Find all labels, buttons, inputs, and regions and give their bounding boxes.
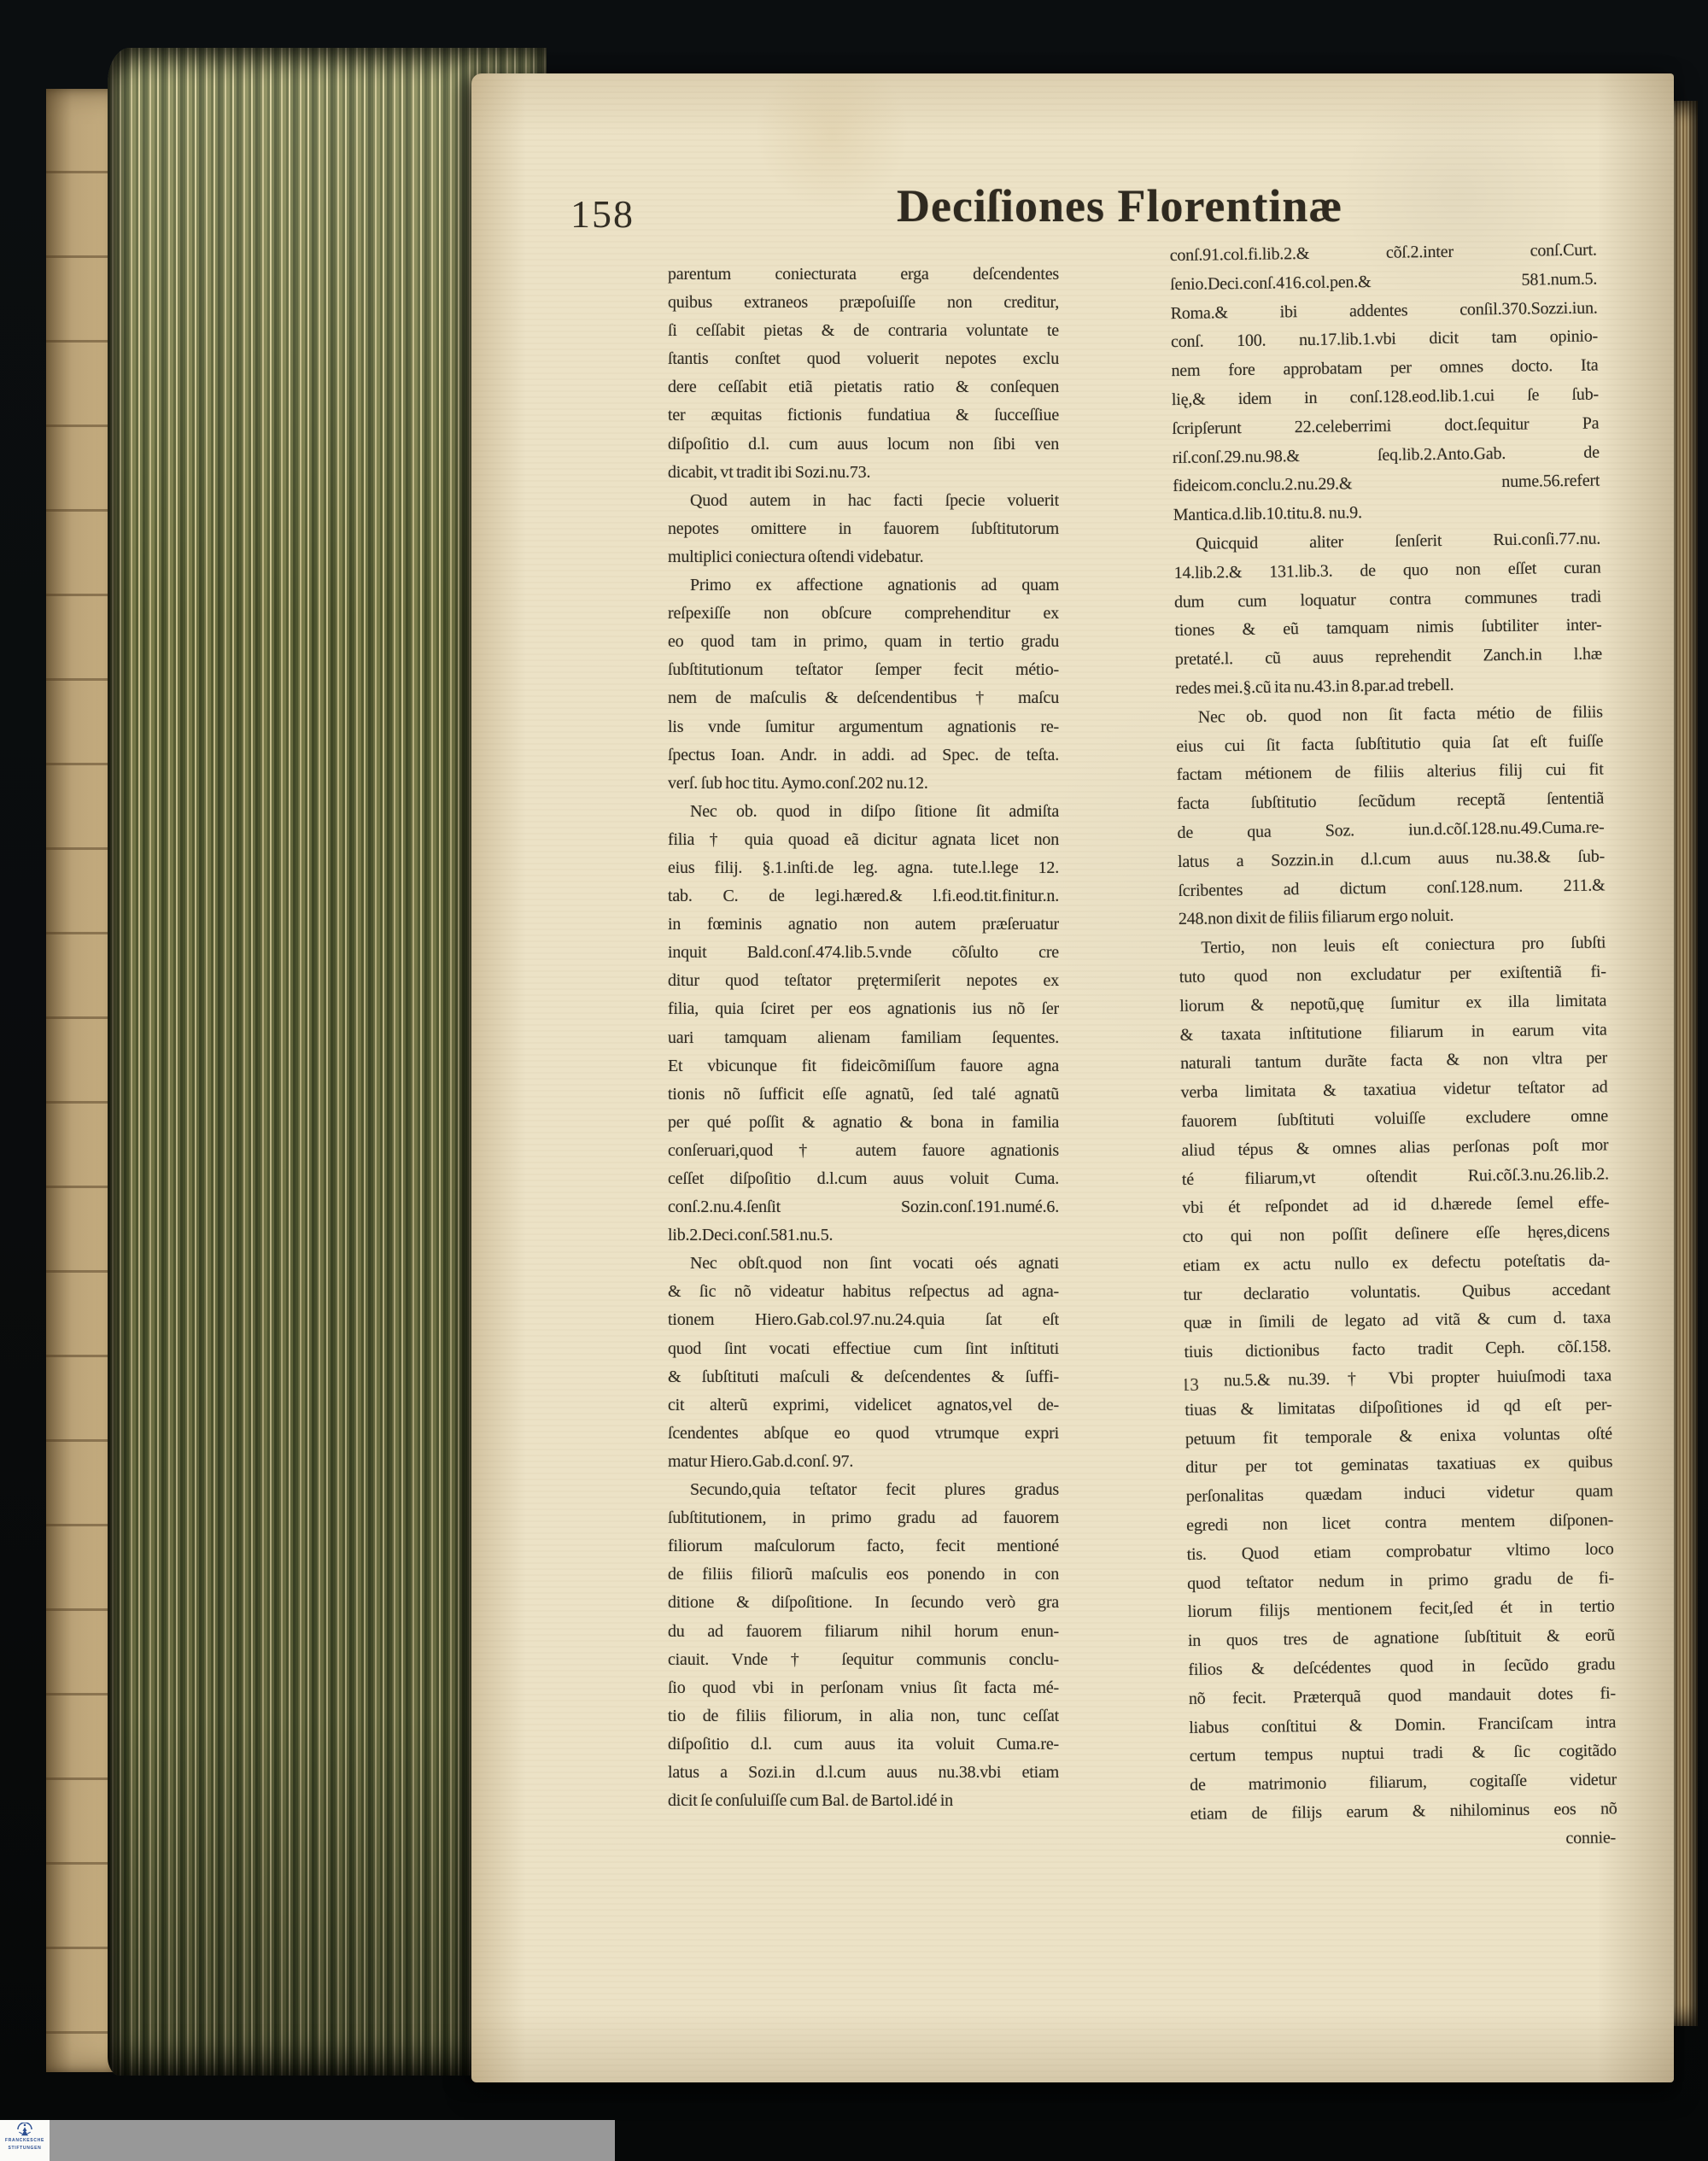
text-line: ter æquitas fictionis fundatiua & ſucceſ…	[668, 406, 1059, 434]
text-line: Et vbicunque fit fideicõmiſſum fauore ag…	[668, 1057, 1059, 1085]
text-line: Primo ex affectione agnationis ad quam	[668, 576, 1059, 604]
line-text: diſpoſitio d.l. cum auus locum non ſibi …	[668, 435, 1059, 454]
text-line: conſ.2.nu.4.ſenſit Sozin.conſ.191.numé.6…	[668, 1198, 1059, 1226]
line-text: quibus extraneos præpoſuiſſe non creditu…	[668, 293, 1059, 313]
line-text: Primo ex affectione agnationis ad quam	[668, 576, 1059, 595]
page-edge-right-sliver	[1670, 101, 1698, 2026]
text-line: latus a Sozi.in d.l.cum auus nu.38.vbi e…	[668, 1763, 1059, 1791]
text-line: diſpoſitio d.l. cum auus locum non ſibi …	[668, 435, 1059, 463]
line-text: tionem Hiero.Gab.col.97.nu.24.quia ſat e…	[668, 1310, 1059, 1330]
text-line: ceſſet diſpoſitio d.l.cum auus voluit Cu…	[668, 1169, 1059, 1198]
line-text: filia, quia ſciret per eos agnationis iu…	[668, 999, 1059, 1019]
line-text: dere ceſſabit etiã pietatis ratio & conſ…	[668, 378, 1059, 397]
line-text: ſcendentes abſque eo quod vtrumque expri	[668, 1424, 1059, 1444]
line-text: quod ſint vocati effectiue cum ſint inſt…	[668, 1339, 1059, 1359]
line-text: reſpexiſſe non obſcure comprehenditur ex	[668, 604, 1059, 624]
line-text: ciauit. Vnde † ſequitur communis conclu-	[668, 1650, 1059, 1670]
line-text: tio de filiis filiorum, in alia non, tun…	[668, 1707, 1059, 1726]
line-text: Nec ob. quod in diſpo ſitione ſit admiſt…	[668, 802, 1059, 822]
line-text: filiorum maſculorum facto, fecit mention…	[668, 1537, 1059, 1556]
stamp-text-line2: STIFTUNGEN	[9, 2145, 42, 2152]
line-text: du ad fauorem filiarum nihil horum enun-	[668, 1622, 1059, 1642]
line-text: ſio quod vbi in perſonam vnius ſit facta…	[668, 1678, 1059, 1698]
text-line: 12 ciauit. Vnde † ſequitur communis conc…	[668, 1650, 1059, 1678]
line-text: eo quod tam in primo, quam in tertio gra…	[668, 632, 1059, 652]
text-line: Secundo,quia teſtator fecit plures gradu…	[668, 1480, 1059, 1508]
line-text: parentum coniecturata erga deſcendentes	[668, 265, 1059, 284]
line-text: verſ. ſub hoc titu. Aymo.conſ.202 nu.12.	[668, 774, 1059, 794]
line-text: Nec obſt.quod non ſint vocati oés agnati	[668, 1254, 1059, 1274]
line-text: & ſubſtituti maſculi & deſcendentes & ſu…	[668, 1367, 1059, 1387]
text-line: multiplici coniectura oſtendi videbatur.	[668, 548, 1059, 576]
text-line: eo quod tam in primo, quam in tertio gra…	[668, 632, 1059, 660]
text-line: ditione & diſpoſitione. In ſecundo verò …	[668, 1593, 1059, 1621]
scan-gray-bar	[50, 2120, 615, 2161]
text-line: inquit Bald.conſ.474.lib.5.vnde cõſulto …	[668, 943, 1059, 971]
text-line: ſubſtitutionem, in primo gradu ad fauore…	[668, 1508, 1059, 1537]
line-text: conſeruari,quod † autem fauore agnationi…	[668, 1141, 1059, 1161]
library-stamp: FRANCKESCHE STIFTUNGEN	[0, 2120, 50, 2161]
line-text: inquit Bald.conſ.474.lib.5.vnde cõſulto …	[668, 943, 1059, 963]
line-text: ditione & diſpoſitione. In ſecundo verò …	[668, 1593, 1059, 1613]
text-line: tab. C. de legi.hæred.& l.fi.eod.tit.fin…	[668, 887, 1059, 915]
line-text: ceſſet diſpoſitio d.l.cum auus voluit Cu…	[668, 1169, 1059, 1189]
text-line: ſpectus Ioan. Andr. in addi. ad Spec. de…	[668, 746, 1059, 774]
line-text: ſtantis conſtet quod voluerit nepotes ex…	[668, 349, 1059, 369]
line-text: ter æquitas fictionis fundatiua & ſucceſ…	[668, 406, 1059, 425]
text-line: in fœminis agnatio non autem præſeruatur	[668, 915, 1059, 943]
text-line: dicit ſe conſuluiſſe cum Bal. de Bartol.…	[668, 1791, 1059, 1819]
text-line: dicabit, vt tradit ibi Sozi.nu.73.	[668, 463, 1059, 491]
text-line: lib.2.Deci.conſ.581.nu.5.	[668, 1226, 1059, 1254]
text-line: eius filij. §.1.inſti.de leg. agna. tute…	[668, 858, 1059, 887]
text-line: ſio quod vbi in perſonam vnius ſit facta…	[668, 1678, 1059, 1707]
text-line: & ſic nõ videatur habitus reſpectus ad a…	[668, 1282, 1059, 1310]
line-text: ditur quod teſtator prętermiſerit nepote…	[668, 971, 1059, 991]
scanned-book-photo: 158 Deciſiones Florentinæ parentum conie…	[0, 0, 1708, 2161]
line-text: in fœminis agnatio non autem præſeruatur	[668, 915, 1059, 934]
line-text: tab. C. de legi.hæred.& l.fi.eod.tit.fin…	[668, 887, 1059, 906]
text-line: ditur quod teſtator prętermiſerit nepote…	[668, 971, 1059, 999]
line-text: dicit ſe conſuluiſſe cum Bal. de Bartol.…	[668, 1791, 1059, 1811]
left-text-column: parentum coniecturata erga deſcendentes …	[668, 265, 1059, 1819]
text-line: connie-	[1190, 1828, 1617, 1862]
line-text: conſ.2.nu.4.ſenſit Sozin.conſ.191.numé.6…	[668, 1198, 1059, 1217]
text-line: ſcendentes abſque eo quod vtrumque expri	[668, 1424, 1059, 1452]
text-line: cit alterũ exprimi, videlicet agnatos,ve…	[668, 1396, 1059, 1424]
text-line: dere ceſſabit etiã pietatis ratio & conſ…	[668, 378, 1059, 406]
line-text: lis vnde ſumitur argumentum agnationis r…	[668, 717, 1059, 737]
text-line: lis vnde ſumitur argumentum agnationis r…	[668, 717, 1059, 746]
line-text: lib.2.Deci.conſ.581.nu.5.	[668, 1226, 1059, 1245]
text-line: verſ. ſub hoc titu. Aymo.conſ.202 nu.12.	[668, 774, 1059, 802]
line-text: matur Hiero.Gab.d.conſ. 97.	[668, 1452, 1059, 1472]
line-text: conſ.91.col.fi.lib.2.& cõſ.2.inter conſ.…	[1170, 241, 1597, 266]
text-line: Nec ob. quod in diſpo ſitione ſit admiſt…	[668, 802, 1059, 830]
margin-paragraph-number: 13	[1184, 1374, 1215, 1397]
line-text: diſpoſitio d.l. cum auus ita voluit Cuma…	[668, 1735, 1059, 1754]
text-line: tio de filiis filiorum, in alia non, tun…	[668, 1707, 1059, 1735]
right-text-column: conſ.91.col.fi.lib.2.& cõſ.2.inter conſ.…	[1170, 241, 1618, 1863]
text-line: tionis nõ ſufficit eſſe agnatũ, ſed talé…	[668, 1085, 1059, 1113]
running-header-title: Deciſiones Florentinæ	[897, 179, 1342, 232]
text-line: & ſubſtituti maſculi & deſcendentes & ſu…	[668, 1367, 1059, 1396]
line-text: de filiis filiorũ maſculis eos ponendo i…	[668, 1565, 1059, 1584]
line-text: uari tamquam alienam familiam ſequentes.	[668, 1028, 1059, 1048]
text-line: ſtantis conſtet quod voluerit nepotes ex…	[668, 349, 1059, 378]
line-text: nem de maſculis & deſcendentibus † maſcu	[668, 688, 1059, 708]
text-line: parentum coniecturata erga deſcendentes	[668, 265, 1059, 293]
stamp-text-line1: FRANCKESCHE	[5, 2137, 44, 2145]
text-line: Nec obſt.quod non ſint vocati oés agnati	[668, 1254, 1059, 1282]
page-number: 158	[570, 191, 635, 237]
line-text: filia † quia quoad eã dicitur agnata lic…	[668, 830, 1059, 850]
line-text: multiplici coniectura oſtendi videbatur.	[668, 548, 1059, 567]
text-line: filiorum maſculorum facto, fecit mention…	[668, 1537, 1059, 1565]
text-line: reſpexiſſe non obſcure comprehenditur ex	[668, 604, 1059, 632]
text-line: 9 nem de maſculis & deſcendentibus † maſ…	[668, 688, 1059, 717]
line-text: ſubſtitutionum teſtator ſemper fecit mét…	[668, 660, 1059, 680]
book-page: 158 Deciſiones Florentinæ parentum conie…	[471, 73, 1674, 2082]
text-line: filia, quia ſciret per eos agnationis iu…	[668, 999, 1059, 1028]
text-line: 10 filia † quia quoad eã dicitur agnata …	[668, 830, 1059, 858]
line-text: tionis nõ ſufficit eſſe agnatũ, ſed talé…	[668, 1085, 1059, 1104]
text-line: matur Hiero.Gab.d.conſ. 97.	[668, 1452, 1059, 1480]
text-line: uari tamquam alienam familiam ſequentes.	[668, 1028, 1059, 1057]
line-text: Secundo,quia teſtator fecit plures gradu…	[668, 1480, 1059, 1500]
line-text: ſi ceſſabit pietas & de contraria volunt…	[668, 321, 1059, 341]
line-text: ſpectus Ioan. Andr. in addi. ad Spec. de…	[668, 746, 1059, 765]
line-text: & ſic nõ videatur habitus reſpectus ad a…	[668, 1282, 1059, 1302]
line-text: Et vbicunque fit fideicõmiſſum fauore ag…	[668, 1057, 1059, 1076]
text-line: ſubſtitutionum teſtator ſemper fecit mét…	[668, 660, 1059, 688]
text-line: per qué poſſit & agnatio & bona in famil…	[668, 1113, 1059, 1141]
line-text: cit alterũ exprimi, videlicet agnatos,ve…	[668, 1396, 1059, 1415]
line-text: per qué poſſit & agnatio & bona in famil…	[668, 1113, 1059, 1133]
line-text: eius filij. §.1.inſti.de leg. agna. tute…	[668, 858, 1059, 878]
text-line: ſi ceſſabit pietas & de contraria volunt…	[668, 321, 1059, 349]
text-line: nepotes omittere in fauorem ſubſtitutoru…	[668, 519, 1059, 548]
text-line: Quod autem in hac facti ſpecie voluerit	[668, 491, 1059, 519]
text-line: du ad fauorem filiarum nihil horum enun-	[668, 1622, 1059, 1650]
line-text: latus a Sozi.in d.l.cum auus nu.38.vbi e…	[668, 1763, 1059, 1783]
text-line: quod ſint vocati effectiue cum ſint inſt…	[668, 1339, 1059, 1367]
line-text: Quod autem in hac facti ſpecie voluerit	[668, 491, 1059, 511]
line-text: nepotes omittere in fauorem ſubſtitutoru…	[668, 519, 1059, 539]
line-text: dicabit, vt tradit ibi Sozi.nu.73.	[668, 463, 1059, 483]
text-line: diſpoſitio d.l. cum auus ita voluit Cuma…	[668, 1735, 1059, 1763]
line-text: ſubſtitutionem, in primo gradu ad fauore…	[668, 1508, 1059, 1528]
francke-eagle-emblem-icon	[15, 2123, 34, 2137]
text-line: quibus extraneos præpoſuiſſe non creditu…	[668, 293, 1059, 321]
text-line: tionem Hiero.Gab.col.97.nu.24.quia ſat e…	[668, 1310, 1059, 1338]
text-line: 11 conſeruari,quod † autem fauore agnati…	[668, 1141, 1059, 1169]
text-line: de filiis filiorũ maſculis eos ponendo i…	[668, 1565, 1059, 1593]
